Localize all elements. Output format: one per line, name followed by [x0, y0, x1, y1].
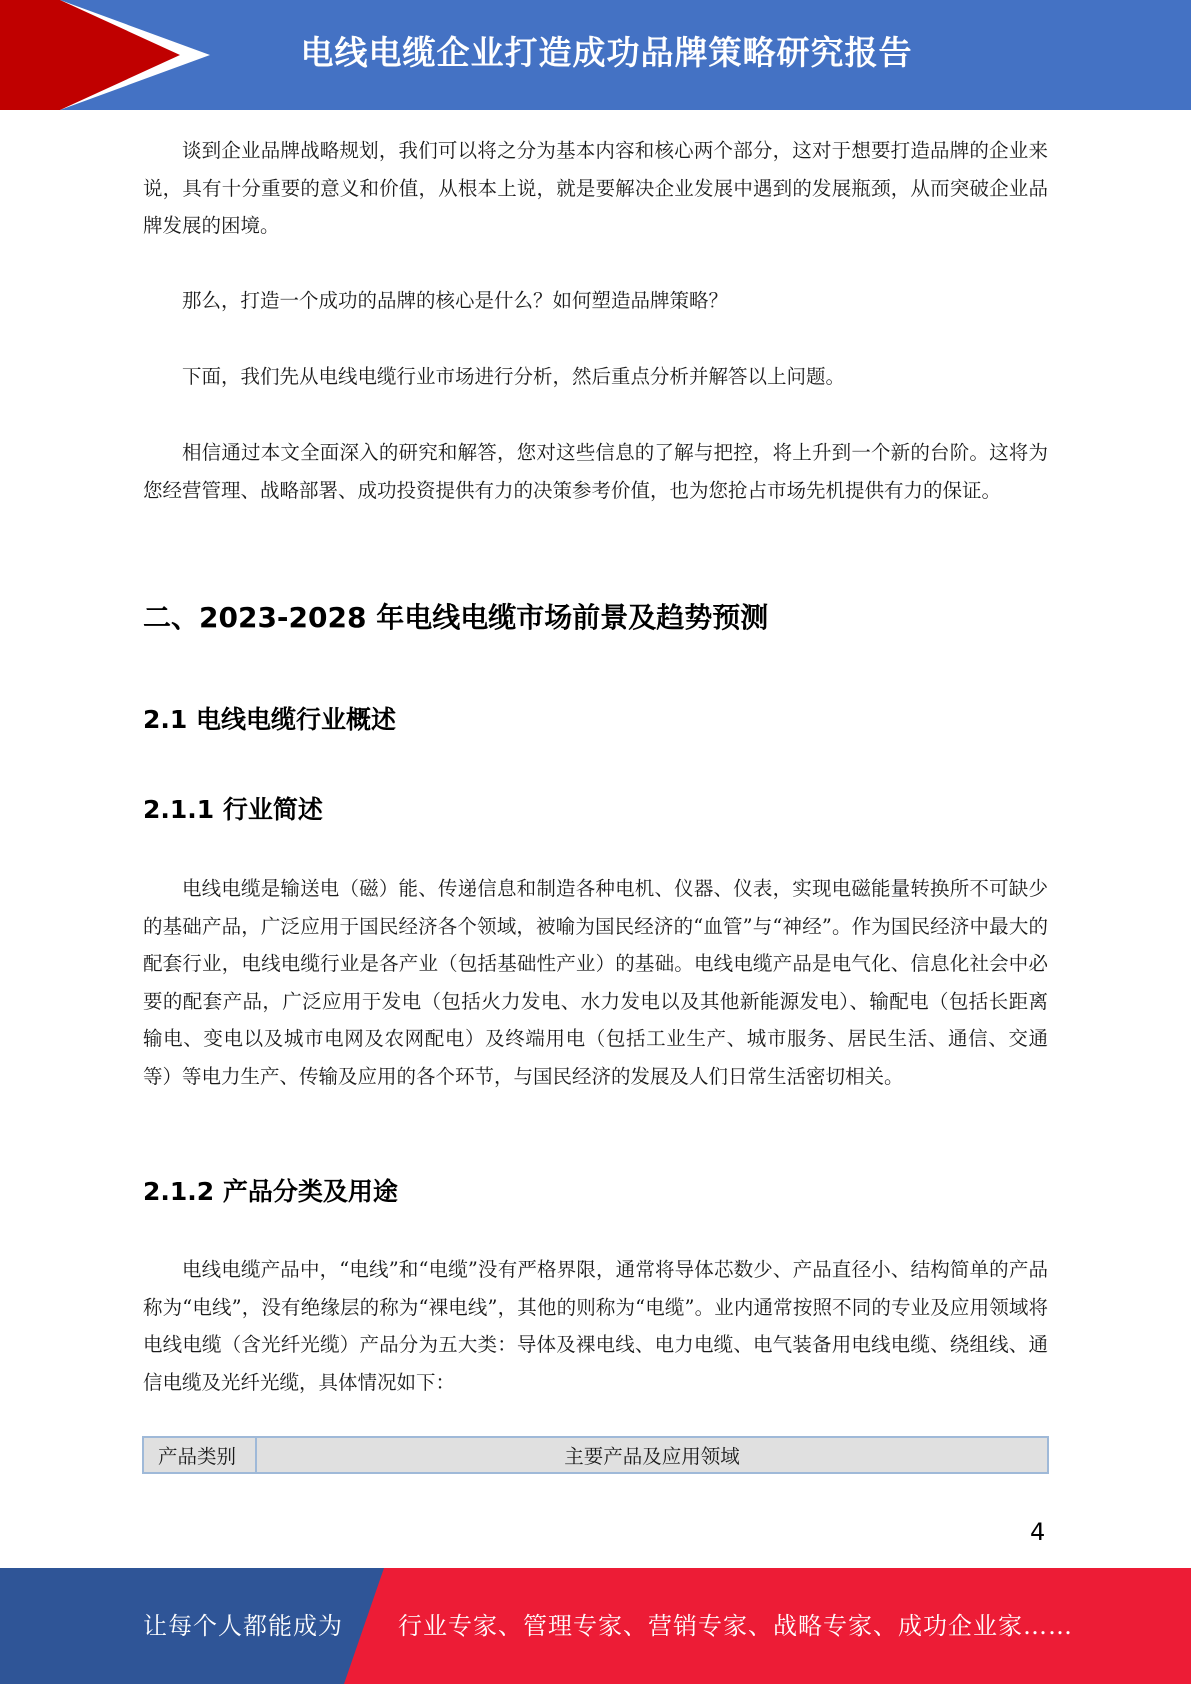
- intro-section: 谈到企业品牌战略规划，我们可以将之分为基本内容和核心两个部分，这对于想要打造品牌…: [143, 132, 1048, 245]
- intro-block-4: 相信通过本文全面深入的研究和解答，您对这些信息的了解与把控，将上升到一个新的台阶…: [143, 434, 1048, 509]
- table-header-products: 主要产品及应用领域: [257, 1438, 1047, 1472]
- table-header-category: 产品类别: [144, 1438, 257, 1472]
- subsection-heading-2-1-1: 2.1.1 行业简述: [143, 790, 323, 826]
- page-number: 4: [1030, 1518, 1045, 1546]
- intro-block-3: 下面，我们先从电线电缆行业市场进行分析，然后重点分析并解答以上问题。: [143, 358, 1048, 396]
- industry-overview-block: 电线电缆是输送电（磁）能、传递信息和制造各种电机、仪器、仪表，实现电磁能量转换所…: [143, 870, 1048, 1095]
- intro-paragraph-1: 谈到企业品牌战略规划，我们可以将之分为基本内容和核心两个部分，这对于想要打造品牌…: [143, 132, 1048, 245]
- intro-paragraph-3: 下面，我们先从电线电缆行业市场进行分析，然后重点分析并解答以上问题。: [143, 358, 1048, 396]
- industry-overview-paragraph: 电线电缆是输送电（磁）能、传递信息和制造各种电机、仪器、仪表，实现电磁能量转换所…: [143, 870, 1048, 1095]
- intro-paragraph-4: 相信通过本文全面深入的研究和解答，您对这些信息的了解与把控，将上升到一个新的台阶…: [143, 434, 1048, 509]
- document-title: 电线电缆企业打造成功品牌策略研究报告: [0, 0, 1191, 110]
- footer-slogan-left: 让每个人都能成为: [143, 1568, 343, 1684]
- footer-banner: 让每个人都能成为 行业专家、管理专家、营销专家、战略专家、成功企业家……: [0, 1568, 1191, 1684]
- product-table: 产品类别 主要产品及应用领域: [142, 1436, 1049, 1474]
- product-classification-block: 电线电缆产品中，“电线”和“电缆”没有严格界限，通常将导体芯数少、产品直径小、结…: [143, 1251, 1048, 1401]
- section-heading: 二、2023-2028 年电线电缆市场前景及趋势预测: [143, 596, 768, 636]
- header-banner: 电线电缆企业打造成功品牌策略研究报告: [0, 0, 1191, 110]
- product-classification-paragraph: 电线电缆产品中，“电线”和“电缆”没有严格界限，通常将导体芯数少、产品直径小、结…: [143, 1251, 1048, 1401]
- subsection-heading-2-1: 2.1 电线电缆行业概述: [143, 700, 396, 736]
- subsection-heading-2-1-2: 2.1.2 产品分类及用途: [143, 1172, 398, 1208]
- footer-slogan-right: 行业专家、管理专家、营销专家、战略专家、成功企业家……: [398, 1568, 1073, 1684]
- intro-paragraph-2: 那么，打造一个成功的品牌的核心是什么？如何塑造品牌策略？: [143, 282, 1048, 320]
- intro-block-2: 那么，打造一个成功的品牌的核心是什么？如何塑造品牌策略？: [143, 282, 1048, 320]
